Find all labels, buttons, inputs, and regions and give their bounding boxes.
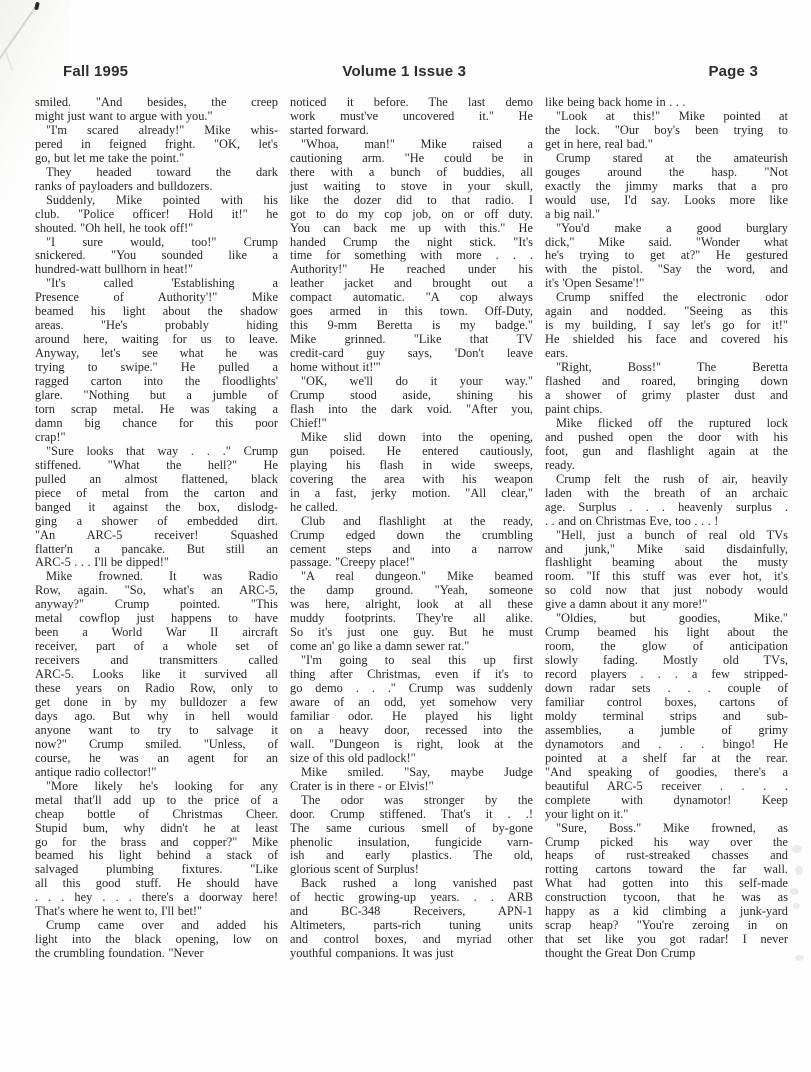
text-line: "OK, we'll do it your way." (290, 375, 533, 389)
text-line: Mike smiled. "Say, maybe Judge (290, 766, 533, 780)
text-line: go for the brass and copper?" Mike (35, 836, 278, 850)
text-line: beautiful ARC-5 receiver . . . . (545, 780, 788, 794)
text-line: beamed his light about the shadow (35, 305, 278, 319)
text-line: salvaged plumbing fixtures. "Like (35, 863, 278, 877)
text-line: now?" Crump smiled. "Unless, of (35, 738, 278, 752)
text-line: muddy footprints. They're all alike. (290, 612, 533, 626)
text-line: the lock. "Our boy's been trying to (545, 124, 788, 138)
text-line: ranks of payloaders and bulldozers. (35, 180, 278, 194)
text-line: ARC-5 . . . I'll be dipped!" (35, 556, 278, 570)
text-line: cheap bottle of Christmas Cheer. (35, 808, 278, 822)
header-page-number: Page 3 (708, 63, 758, 80)
text-line: Back rushed a long vanished past (290, 877, 533, 891)
text-line: of hectic growing-up years. . . ARB (290, 891, 533, 905)
text-line: gun poised. He entered cautiously, (290, 445, 533, 459)
text-line: pulled an almost flattened, black (35, 473, 278, 487)
text-line: give a damn about it any more!" (545, 598, 788, 612)
scan-smudge (792, 845, 802, 853)
text-line: Mike grinned. "Like that TV (290, 333, 533, 347)
text-line: areas. "He's probably hiding (35, 319, 278, 333)
text-line: beamed his light behind a stack of (35, 849, 278, 863)
text-line: he called. (290, 501, 533, 515)
text-line: Row, again. "So, what's an ARC-5, (35, 584, 278, 598)
text-line: glare. "Nothing but a jumble of (35, 389, 278, 403)
text-line: and junk," Mike said disdainfully, (545, 543, 788, 557)
text-line: that set like you got radar! I never (545, 933, 788, 947)
text-line: The same curious smell of by-gone (290, 822, 533, 836)
text-line: compact automatic. "A cop always (290, 291, 533, 305)
text-line: ARC-5. Looks like it survived all (35, 668, 278, 682)
text-line: Crump picked his way over the (545, 836, 788, 850)
text-line: snickered. "You sounded like a (35, 249, 278, 263)
text-line: flash into the dark void. "After you, (290, 403, 533, 417)
text-line: it's 'Open Sesame'!" (545, 277, 788, 291)
text-line: wall. "Dungeon is right, look at the (290, 738, 533, 752)
text-line: a big nail." (545, 208, 788, 222)
text-line: work must've uncovered it." He (290, 110, 533, 124)
text-line: Crump sniffed the electronic odor (545, 291, 788, 305)
text-line: Crump edged down the crumbling (290, 529, 533, 543)
text-line: just waiting to stove in your skull, (290, 180, 533, 194)
text-line: construction tycoon, that he was as (545, 891, 788, 905)
text-line: home without it!'" (290, 361, 533, 375)
text-line: so cold now that just nobody would (545, 584, 788, 598)
page-header: Fall 1995 Volume 1 Issue 3 Page 3 (0, 63, 811, 83)
text-line: crap!" (35, 431, 278, 445)
text-line: is my building, I say let's go for it!" (545, 319, 788, 333)
text-line: "Look at this!" Mike pointed at (545, 110, 788, 124)
text-line: this 9-mm Beretta is my badge." (290, 319, 533, 333)
text-line: started forward. (290, 124, 533, 138)
text-line: playing his flash in wide sweeps, (290, 459, 533, 473)
text-line: receivers and transmitters called (35, 654, 278, 668)
text-line: again and nodded. "Seeing as this (545, 305, 788, 319)
text-line: phenolic insulation, fungicide varn- (290, 836, 533, 850)
text-line: exactly the jimmy marks that a pro (545, 180, 788, 194)
text-line: dick," Mike said. "Wonder what (545, 236, 788, 250)
text-line: room, the glow of anticipation (545, 640, 788, 654)
text-line: Club and flashlight at the ready, (290, 515, 533, 529)
text-line: Mike slid down into the opening, (290, 431, 533, 445)
text-line: in a fast, jerky motion. "All clear," (290, 487, 533, 501)
text-line: youthful companions. It was just (290, 947, 533, 961)
text-line: scrap heap? "You're zeroing in on (545, 919, 788, 933)
text-line: gouges around the hasp. "Not (545, 166, 788, 180)
text-line: "And speaking of goodies, there's a (545, 766, 788, 780)
text-line: time for something with more . . . (290, 249, 533, 263)
text-line: You can back me up with this." He (290, 222, 533, 236)
text-line: That's where he went to, I'll bet!" (35, 905, 278, 919)
text-line: go, but let me take the point." (35, 152, 278, 166)
header-issue-season: Fall 1995 (63, 63, 128, 80)
text-line: Anyway, let's see what he was (35, 347, 278, 361)
text-line: room. "If this stuff was ever hot, it's (545, 570, 788, 584)
text-line: and pushed open the door with his (545, 431, 788, 445)
text-line: your light on it." (545, 808, 788, 822)
text-line: pered in feigned fright. "OK, let's (35, 138, 278, 152)
text-line: complete with dynamotor! Keep (545, 794, 788, 808)
text-line: ragged carton into the floodlights' (35, 375, 278, 389)
text-line: Crump stared at the amateurish (545, 152, 788, 166)
text-line: Crater is in there - or Elvis!" (290, 780, 533, 794)
text-line: foot, gun and flashlight again at the (545, 445, 788, 459)
text-line: go demo . . ." Crump was suddenly (290, 682, 533, 696)
text-line: like the dozer did to that radio. I (290, 194, 533, 208)
text-line: moldy terminal strips and sub- (545, 710, 788, 724)
text-line: and BC-348 Receivers, APN-1 (290, 905, 533, 919)
text-line: size of this old padlock!" (290, 752, 533, 766)
text-line: . . . hey . . . there's a doorway here! (35, 891, 278, 905)
scanned-newsletter-page: Fall 1995 Volume 1 Issue 3 Page 3 smiled… (0, 0, 811, 1072)
text-line: leather jacket and brought out a (290, 277, 533, 291)
text-line: anyone want to try to salvage it (35, 724, 278, 738)
text-line: ears. (545, 347, 788, 361)
text-line: might just want to argue with you." (35, 110, 278, 124)
text-line: "I'm scared already!" Mike whis- (35, 124, 278, 138)
text-line: he's trying to get at?" He gestured (545, 249, 788, 263)
text-line: aware of an odd, yet somehow very (290, 696, 533, 710)
text-line: record players . . . a few stripped- (545, 668, 788, 682)
text-line: Stupid bum, why didn't he at least (35, 822, 278, 836)
text-line: shouted. "Oh hell, he took off!" (35, 222, 278, 236)
text-line: around here, waiting for us to leave. (35, 333, 278, 347)
text-line: rotting cartons toward the far wall. (545, 863, 788, 877)
text-line: passage. "Creepy place!" (290, 556, 533, 570)
scan-smudge (795, 955, 804, 961)
text-line: "I sure would, too!" Crump (35, 236, 278, 250)
text-line: like being back home in . . . (545, 96, 788, 110)
text-line: with the pistol. "Say the word, and (545, 263, 788, 277)
text-line: thing after Christmas, even if it's to (290, 668, 533, 682)
text-line: metal that'll add up to the price of a (35, 794, 278, 808)
text-column: noticed it before. The last demowork mus… (290, 96, 533, 961)
text-line: Crump stood aside, shining his (290, 389, 533, 403)
text-line: come an' go like a damn sewer rat." (290, 640, 533, 654)
text-line: get done in by my bulldozer a few (35, 696, 278, 710)
text-line: ready. (545, 459, 788, 473)
scan-smudge (795, 866, 803, 875)
text-line: "Right, Boss!" The Beretta (545, 361, 788, 375)
text-line: on a heavy door, recessed into the (290, 724, 533, 738)
text-line: the damp ground. "Yeah, someone (290, 584, 533, 598)
text-column: smiled. "And besides, the creepmight jus… (35, 96, 278, 961)
text-line: there with a bunch of buddies, all (290, 166, 533, 180)
text-line: these years on Radio Row, only to (35, 682, 278, 696)
text-line: familiar odor. He played his light (290, 710, 533, 724)
text-line: door. Crump stiffened. That's it . .! (290, 808, 533, 822)
text-line: all this good stuff. He should have (35, 877, 278, 891)
text-line: So it's just one guy. But he must (290, 626, 533, 640)
text-line: Crump came over and added his (35, 919, 278, 933)
text-line: assemblies, a jumble of grimy (545, 724, 788, 738)
text-line: handed Crump the night stick. "It's (290, 236, 533, 250)
text-line: Mike flicked off the ruptured lock (545, 417, 788, 431)
text-line: was here, alright, look at all these (290, 598, 533, 612)
text-line: . . and on Christmas Eve, too . . . ! (545, 515, 788, 529)
text-line: "More likely he's looking for any (35, 780, 278, 794)
text-line: would use, I'd say. Looks more like (545, 194, 788, 208)
text-line: "An ARC-5 receiver! Squashed (35, 529, 278, 543)
text-line: the crumbling foundation. "Never (35, 947, 278, 961)
text-line: stiffened. "What the hell?" He (35, 459, 278, 473)
text-line: piece of metal from the carton and (35, 487, 278, 501)
text-line: anyway?" Crump pointed. "This (35, 598, 278, 612)
text-line: familiar control boxes, cartons of (545, 696, 788, 710)
text-line: "Oldies, but goodies, Mike." (545, 612, 788, 626)
article-columns: smiled. "And besides, the creepmight jus… (35, 96, 789, 961)
text-line: damn big chance for this poor (35, 417, 278, 431)
text-line: antique radio collector!" (35, 766, 278, 780)
text-line: "Hell, just a bunch of real old TVs (545, 529, 788, 543)
text-line: heaps of rust-streaked chasses and (545, 849, 788, 863)
text-line: pointed at a shelf far at the rear. (545, 752, 788, 766)
text-line: slowly fading. Mostly old TVs, (545, 654, 788, 668)
text-line: What had gotten into this self-made (545, 877, 788, 891)
text-line: Crump beamed his light about the (545, 626, 788, 640)
text-line: age. Surplus . . . heavenly surplus . (545, 501, 788, 515)
text-line: "Whoa, man!" Mike raised a (290, 138, 533, 152)
text-line: noticed it before. The last demo (290, 96, 533, 110)
text-line: got to do my cop job, on or off duty. (290, 208, 533, 222)
text-line: "I'm going to seal this up first (290, 654, 533, 668)
text-line: metal cowflop just happens to have (35, 612, 278, 626)
text-line: cautioning arm. "He could be in (290, 152, 533, 166)
text-line: Mike frowned. It was Radio (35, 570, 278, 584)
text-line: "Sure, Boss." Mike frowned, as (545, 822, 788, 836)
text-line: thought the Great Don Crump (545, 947, 788, 961)
text-line: He shielded his face and covered his (545, 333, 788, 347)
text-line: get in here, real bad." (545, 138, 788, 152)
text-line: The odor was stronger by the (290, 794, 533, 808)
text-line: Presence of Authority'!" Mike (35, 291, 278, 305)
text-line: trying to swipe." He pulled a (35, 361, 278, 375)
text-line: flashlight beaming about the musty (545, 556, 788, 570)
text-line: Suddenly, Mike pointed with his (35, 194, 278, 208)
text-line: "You'd make a good burglary (545, 222, 788, 236)
text-line: covering the area with his weapon (290, 473, 533, 487)
text-column: like being back home in . . ."Look at th… (545, 96, 788, 961)
text-line: down radar sets . . . couple of (545, 682, 788, 696)
text-line: torn scrap metal. He was taking a (35, 403, 278, 417)
text-line: flashed and roared, bringing down (545, 375, 788, 389)
text-line: laden with the breath of an archaic (545, 487, 788, 501)
text-line: club. "Police officer! Hold it!" he (35, 208, 278, 222)
text-line: dynamotors and . . . bingo! He (545, 738, 788, 752)
text-line: banged it against the box, dislodg- (35, 501, 278, 515)
text-line: receiver, part of a whole set of (35, 640, 278, 654)
text-line: goes armed in this town. Off-Duty, (290, 305, 533, 319)
text-line: They headed toward the dark (35, 166, 278, 180)
text-line: cement steps and into a narrow (290, 543, 533, 557)
text-line: Authority!" He reached under his (290, 263, 533, 277)
text-line: light into the black opening, low on (35, 933, 278, 947)
text-line: days ago. But why in hell would (35, 710, 278, 724)
text-line: ish and early plastics. The old, (290, 849, 533, 863)
text-line: and control boxes, and myriad other (290, 933, 533, 947)
text-line: course, he was an agent for an (35, 752, 278, 766)
text-line: "A real dungeon." Mike beamed (290, 570, 533, 584)
text-line: a shower of grimy plaster dust and (545, 389, 788, 403)
text-line: smiled. "And besides, the creep (35, 96, 278, 110)
text-line: "It's called 'Establishing a (35, 277, 278, 291)
text-line: "Sure looks that way . . ." Crump (35, 445, 278, 459)
text-line: hundred-watt bullhorn in heat!" (35, 263, 278, 277)
header-volume-issue: Volume 1 Issue 3 (342, 63, 466, 80)
text-line: flatter'n a pancake. But still an (35, 543, 278, 557)
text-line: ging a shower of embedded dirt. (35, 515, 278, 529)
text-line: Altimeters, parts-rich tuning units (290, 919, 533, 933)
text-line: been a World War II aircraft (35, 626, 278, 640)
text-line: credit-card guy says, 'Don't leave (290, 347, 533, 361)
text-line: Crump felt the rush of air, heavily (545, 473, 788, 487)
text-line: Chief!" (290, 417, 533, 431)
scan-smudge (790, 888, 799, 895)
text-line: paint chips. (545, 403, 788, 417)
text-line: happy as a kid climbing a junk-yard (545, 905, 788, 919)
scan-smudge (793, 903, 800, 909)
text-line: glorious scent of Surplus! (290, 863, 533, 877)
